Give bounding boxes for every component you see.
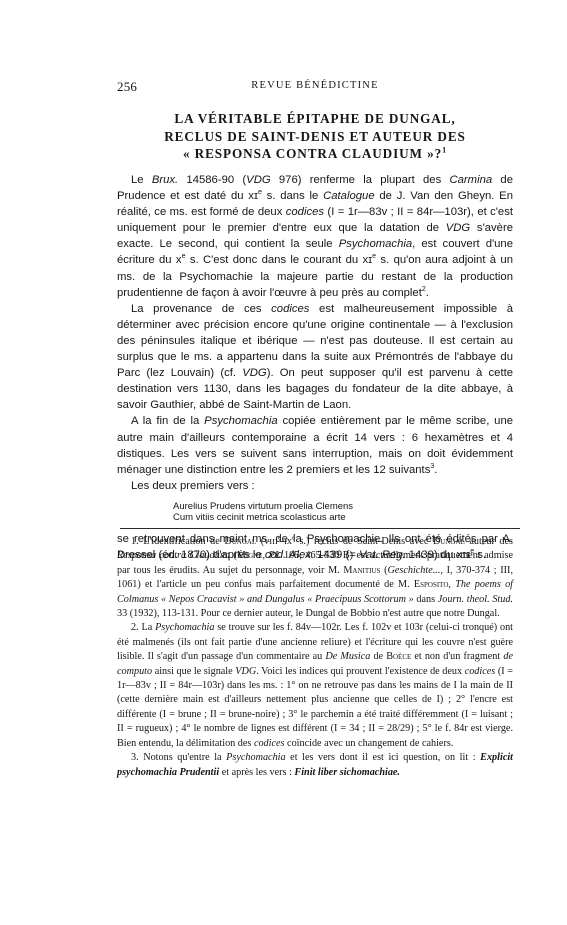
italic-text: Psychomachia — [155, 622, 214, 633]
italic-text: codices — [271, 303, 309, 315]
small-caps-text: Dungal — [224, 536, 256, 547]
text: A la fin de la — [131, 415, 204, 427]
paragraph-3: A la fin de la Psychomachia copiée entiè… — [117, 413, 513, 477]
italic-text: VDG — [242, 367, 266, 379]
italic-text: codices — [465, 666, 496, 677]
text: 14586-90 ( — [178, 174, 246, 186]
italic-text: Catalogue — [323, 190, 375, 202]
text: . Voici les indices qui prouvent l'exist… — [256, 666, 464, 677]
footnote-divider — [120, 528, 520, 529]
small-caps-text: Manitius — [343, 565, 380, 576]
italic-text: Geschichte... — [387, 565, 440, 576]
footnotes: 1. L'identification de Dungal (vɪɪɪe-ɪxe… — [117, 535, 513, 780]
text: et les vers dont il est ici question, on… — [286, 752, 481, 763]
text: ainsi que le signale — [152, 666, 235, 677]
italic-text: Psychomachia — [339, 238, 412, 250]
text: . — [426, 287, 429, 299]
small-caps-text: Esposito — [414, 579, 449, 590]
italic-text: VDG — [246, 174, 270, 186]
italic-text: Responsa contra Claudium — [117, 550, 230, 561]
italic-text: codices — [254, 738, 285, 749]
text: dans — [414, 594, 438, 605]
text: 976) renferme la plupart des — [271, 174, 450, 186]
italic-text: VDG — [446, 222, 470, 234]
footnote-3: 3. Notons qu'entre la Psychomachia et le… — [117, 751, 513, 780]
title-line-3-text: « RESPONSA CONTRA CLAUDIUM »? — [183, 146, 442, 161]
paragraph-1: Le Brux. 14586-90 (VDG 976) renferme la … — [117, 172, 513, 301]
small-caps-text: Dungal — [433, 536, 465, 547]
text: s.) reclus de Saint-Denis avec — [295, 536, 433, 547]
text: auteur des — [465, 536, 513, 547]
text: La provenance de ces — [131, 303, 271, 315]
text: 33 (1932), 113-131. Pour ce dernier aute… — [117, 608, 500, 619]
verse-line-2: Cum vitiis cecinit metrica scolasticus a… — [173, 512, 513, 524]
footnote-ref-1: 1 — [442, 146, 447, 155]
text: 1. L'identification de — [131, 536, 224, 547]
italic-text: Journ. theol. Stud. — [438, 594, 513, 605]
text: (vɪɪɪ — [256, 536, 278, 547]
verse-line-1: Aurelius Prudens virtutum proelia Clemen… — [173, 501, 513, 513]
title-line-1: LA VÉRITABLE ÉPITAPHE DE DUNGAL, — [117, 110, 513, 128]
running-head: 256 REVUE BÉNÉDICTINE — [117, 79, 513, 93]
footnote-1: 1. L'identification de Dungal (vɪɪɪe-ɪxe… — [117, 535, 513, 621]
text: coïncide avec un changement de cahiers. — [285, 738, 454, 749]
title-line-3: « RESPONSA CONTRA CLAUDIUM »?1 — [117, 145, 513, 163]
title-line-2: RECLUS DE SAINT-DENIS ET AUTEUR DES — [117, 128, 513, 146]
text: Le — [131, 174, 152, 186]
text: s. C'est donc dans le courant du xɪ — [186, 254, 373, 266]
text: de — [370, 651, 386, 662]
text: et non d'un fragment — [411, 651, 503, 662]
text: ( — [230, 550, 237, 561]
italic-text: Brux. — [152, 174, 178, 186]
text: s. dans le — [262, 190, 323, 202]
italic-text: De Musica — [325, 651, 370, 662]
text: . — [434, 464, 437, 476]
footnote-2: 2. La Psychomachia se trouve sur les f. … — [117, 621, 513, 751]
italic-text: VDG — [235, 666, 256, 677]
small-caps-text: Boèce — [386, 651, 411, 662]
article-title: LA VÉRITABLE ÉPITAPHE DE DUNGAL, RECLUS … — [117, 110, 513, 163]
text: 2. La — [131, 622, 155, 633]
small-caps-text: Migne — [237, 550, 263, 561]
verse-quote: Aurelius Prudens virtutum proelia Clemen… — [173, 501, 513, 524]
italic-text: codices — [286, 206, 324, 218]
body-text: Le Brux. 14586-90 (VDG 976) renferme la … — [117, 172, 513, 563]
italic-text: Psychomachia — [204, 415, 277, 427]
paragraph-2: La provenance de ces codices est malheur… — [117, 301, 513, 414]
italic-text: Psychomachia — [226, 752, 285, 763]
paragraph-4: Les deux premiers vers : — [117, 478, 513, 494]
journal-name: REVUE BÉNÉDICTINE — [117, 80, 513, 91]
text: -ɪx — [281, 536, 292, 547]
text: 3. Notons qu'entre la — [131, 752, 226, 763]
italic-text: PL — [269, 550, 281, 561]
italic-text: Carmina — [449, 174, 492, 186]
text: (I = 1r—83v ; II = 84r—103r) dans les ms… — [117, 666, 513, 749]
text: et après les vers : — [219, 767, 294, 778]
italic-text: Finit liber sichomachiae. — [294, 767, 400, 778]
